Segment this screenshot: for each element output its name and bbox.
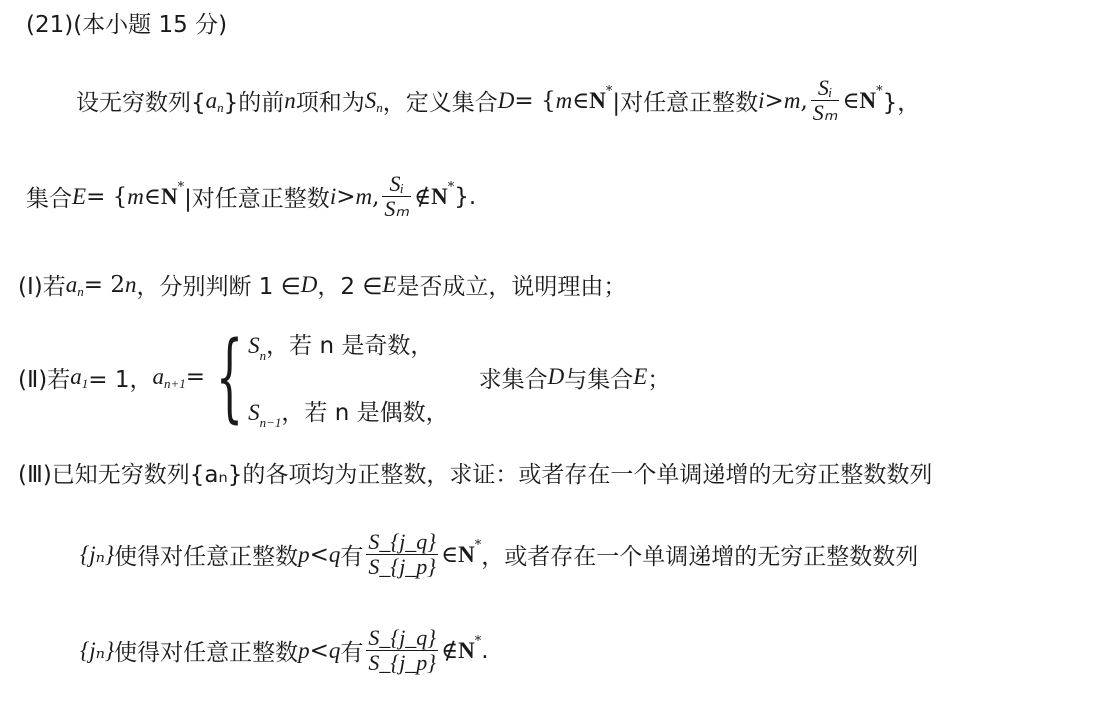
- fraction: S_{j_q} S_{j_p}: [366, 626, 438, 675]
- case-odd: Sn，若 n 是奇数，: [248, 327, 448, 360]
- naturals-symbol: N: [161, 184, 178, 210]
- text: 有: [340, 538, 363, 571]
- naturals-symbol: N: [458, 542, 475, 568]
- superscript: *: [178, 180, 185, 195]
- text: }的前: [224, 84, 285, 117]
- part-3-line-1: (Ⅲ)已知无穷数列{aₙ}的各项均为正整数，求证：或者存在一个单调递增的无穷正整…: [18, 456, 932, 489]
- math-var: a: [153, 364, 165, 390]
- math-var: m: [556, 88, 573, 114]
- text: 使得对任意正整数: [114, 634, 298, 667]
- sequence: {jₙ}: [80, 638, 114, 664]
- math-var: S: [248, 400, 260, 425]
- subscript: n: [77, 284, 84, 300]
- numerator: Sᵢ: [816, 76, 834, 100]
- text: ，若 n 是偶数，: [281, 400, 448, 426]
- problem-header: (21)(本小题 15 分): [26, 6, 227, 39]
- math-var: m: [127, 184, 144, 210]
- text: =: [186, 364, 205, 390]
- part-1: (Ⅰ)若 an = 2n ，分别判断 1 ∈ D ，2 ∈ E 是否成立，说明理…: [18, 268, 626, 301]
- text: 设无穷数列{: [76, 84, 206, 117]
- text: 有: [340, 634, 363, 667]
- subscript: n+1: [164, 376, 186, 392]
- part-3-line-2: {jₙ} 使得对任意正整数 p < q 有 S_{j_q} S_{j_p} ∈ …: [80, 530, 918, 579]
- text: = 1，: [88, 361, 152, 394]
- operator: ∉: [414, 184, 431, 210]
- text: ；: [647, 361, 670, 394]
- fraction: Sᵢ Sₘ: [382, 172, 411, 221]
- set-symbol: D: [548, 364, 565, 390]
- denominator: S_{j_p}: [366, 651, 438, 675]
- math-var: a: [70, 364, 82, 390]
- text: }，: [883, 84, 921, 117]
- operator: ∈: [842, 88, 859, 114]
- math-var: p: [298, 638, 310, 664]
- text: = {: [514, 88, 555, 114]
- numerator: S_{j_q}: [366, 626, 438, 650]
- subscript: n: [260, 348, 267, 363]
- denominator: Sₘ: [382, 197, 411, 221]
- text: .: [481, 638, 488, 664]
- operator: >: [765, 88, 784, 114]
- text: 求集合: [479, 361, 548, 394]
- fraction: Sᵢ Sₘ: [811, 76, 840, 125]
- text: ，或者存在一个单调递增的无穷正整数数列: [481, 538, 918, 571]
- operator: ∉: [441, 638, 458, 664]
- text: ,: [372, 184, 379, 210]
- operator: ∈: [441, 542, 458, 568]
- math-var: n: [125, 272, 137, 298]
- superscript: *: [876, 84, 883, 99]
- naturals-symbol: N: [589, 88, 606, 114]
- part-label: (Ⅰ)若: [18, 268, 66, 301]
- numerator: S_{j_q}: [366, 530, 438, 554]
- superscript: *: [475, 634, 482, 649]
- case-even: Sn−1，若 n 是偶数，: [248, 394, 448, 427]
- superscript: *: [606, 84, 613, 99]
- set-symbol: E: [633, 364, 647, 390]
- text: ，2 ∈: [317, 268, 382, 301]
- piecewise: { Sn，若 n 是奇数， Sn−1，若 n 是偶数，: [209, 327, 449, 427]
- math-var: m: [784, 88, 801, 114]
- text: 使得对任意正整数: [114, 538, 298, 571]
- text: = 2: [84, 272, 125, 298]
- superscript: *: [448, 180, 455, 195]
- operator: >: [336, 184, 355, 210]
- text: 与集合: [564, 361, 633, 394]
- part-3-line-3: {jₙ} 使得对任意正整数 p < q 有 S_{j_q} S_{j_p} ∉ …: [80, 626, 489, 675]
- intro-line-2: 集合 E = { m ∈ N* |对任意正整数 i > m , Sᵢ Sₘ ∉ …: [26, 172, 476, 221]
- denominator: Sₘ: [811, 101, 840, 125]
- text: ，若 n 是奇数，: [266, 333, 433, 359]
- subscript: n: [376, 100, 383, 116]
- part-2: (Ⅱ)若 a1 = 1， an+1 = { Sn，若 n 是奇数， Sn−1，若…: [18, 322, 670, 432]
- math-var: p: [298, 542, 310, 568]
- naturals-symbol: N: [860, 88, 877, 114]
- math-var: a: [66, 272, 78, 298]
- set-symbol: E: [382, 272, 396, 298]
- text: }.: [454, 184, 476, 210]
- text: = {: [86, 184, 127, 210]
- math-var: S: [248, 333, 260, 358]
- text: |对任意正整数: [612, 84, 758, 117]
- subscript: 1: [82, 376, 89, 392]
- math-var: q: [329, 542, 341, 568]
- math-var: m: [355, 184, 372, 210]
- text: |对任意正整数: [184, 180, 330, 213]
- set-symbol: E: [72, 184, 86, 210]
- math-var: a: [206, 88, 218, 114]
- operator: ∈: [572, 88, 589, 114]
- numerator: Sᵢ: [388, 172, 406, 196]
- subscript: n−1: [260, 415, 282, 430]
- sequence: {jₙ}: [80, 542, 114, 568]
- text: ,: [800, 88, 807, 114]
- naturals-symbol: N: [431, 184, 448, 210]
- text: ，分别判断 1 ∈: [136, 268, 300, 301]
- text: 项和为: [296, 84, 365, 117]
- superscript: *: [475, 538, 482, 553]
- text: 是否成立，说明理由；: [396, 268, 626, 301]
- math-var: n: [284, 88, 296, 114]
- operator: <: [310, 638, 329, 664]
- fraction: S_{j_q} S_{j_p}: [366, 530, 438, 579]
- set-symbol: D: [301, 272, 318, 298]
- set-symbol: D: [498, 88, 515, 114]
- text: ，定义集合: [383, 84, 498, 117]
- denominator: S_{j_p}: [366, 555, 438, 579]
- subscript: n: [217, 100, 224, 116]
- math-var: S: [365, 88, 377, 114]
- operator: <: [310, 542, 329, 568]
- text: 集合: [26, 180, 72, 213]
- part-label: (Ⅱ)若: [18, 361, 70, 394]
- left-brace-icon: {: [216, 329, 243, 425]
- intro-line-1: 设无穷数列{ an }的前 n 项和为 Sn ，定义集合 D = { m ∈ N…: [76, 76, 920, 125]
- operator: ∈: [144, 184, 161, 210]
- cases: Sn，若 n 是奇数， Sn−1，若 n 是偶数，: [248, 327, 448, 427]
- math-var: q: [329, 638, 341, 664]
- naturals-symbol: N: [458, 638, 475, 664]
